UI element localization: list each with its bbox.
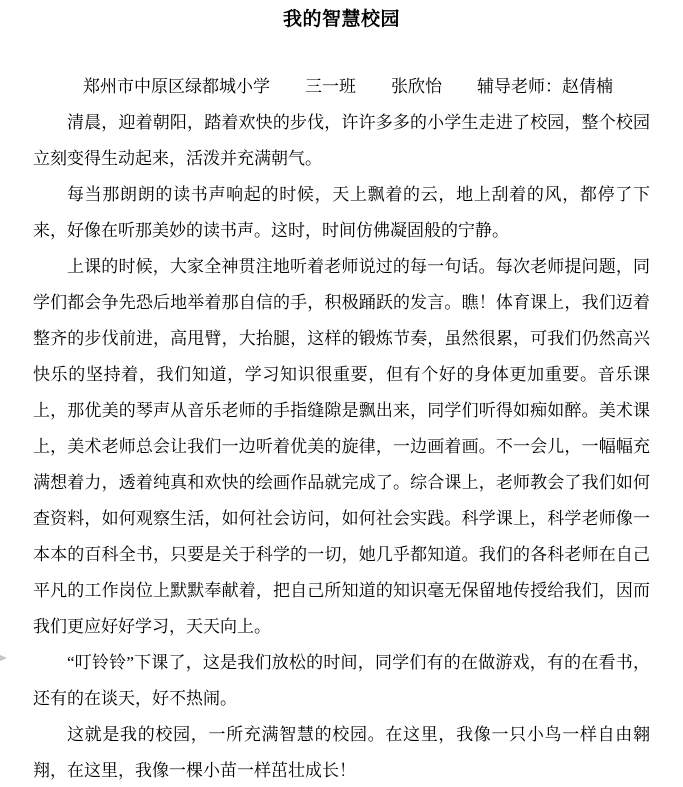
essay-paragraph-5: 这就是我的校园，一所充满智慧的校园。在这里，我像一只小鸟一样自由翱翔，在这里，我… <box>33 717 650 787</box>
byline-school: 郑州市中原区绿都城小学 <box>83 77 270 96</box>
essay-title: 我的智慧校园 <box>33 6 650 34</box>
essay-paragraph-2: 每当那朗朗的读书声响起的时候，天上飘着的云，地上刮着的风，都停了下来，好像在听那… <box>33 177 650 249</box>
byline-author: 张欣怡 <box>391 77 442 96</box>
essay-paragraph-1: 清晨，迎着朝阳，踏着欢快的步伐，许许多多的小学生走进了校园，整个校园立刻变得生动… <box>33 105 650 177</box>
byline: 郑州市中原区绿都城小学三一班张欣怡辅导老师：赵倩楠 <box>33 69 650 105</box>
byline-teacher: 辅导老师：赵倩楠 <box>477 77 613 96</box>
essay-paragraph-4: “叮铃铃”下课了，这是我们放松的时间，同学们有的在做游戏，有的在看书，还有的在谈… <box>33 645 650 717</box>
essay-body: 清晨，迎着朝阳，踏着欢快的步伐，许许多多的小学生走进了校园，整个校园立刻变得生动… <box>33 105 650 787</box>
essay-paragraph-3: 上课的时候，大家全神贯注地听着老师说过的每一句话。每次老师提问题，同学们都会争先… <box>33 249 650 645</box>
byline-class: 三一班 <box>305 77 356 96</box>
document-page: 我的智慧校园 郑州市中原区绿都城小学三一班张欣怡辅导老师：赵倩楠 清晨，迎着朝阳… <box>0 0 683 787</box>
cursor-arrow-icon <box>0 653 7 663</box>
